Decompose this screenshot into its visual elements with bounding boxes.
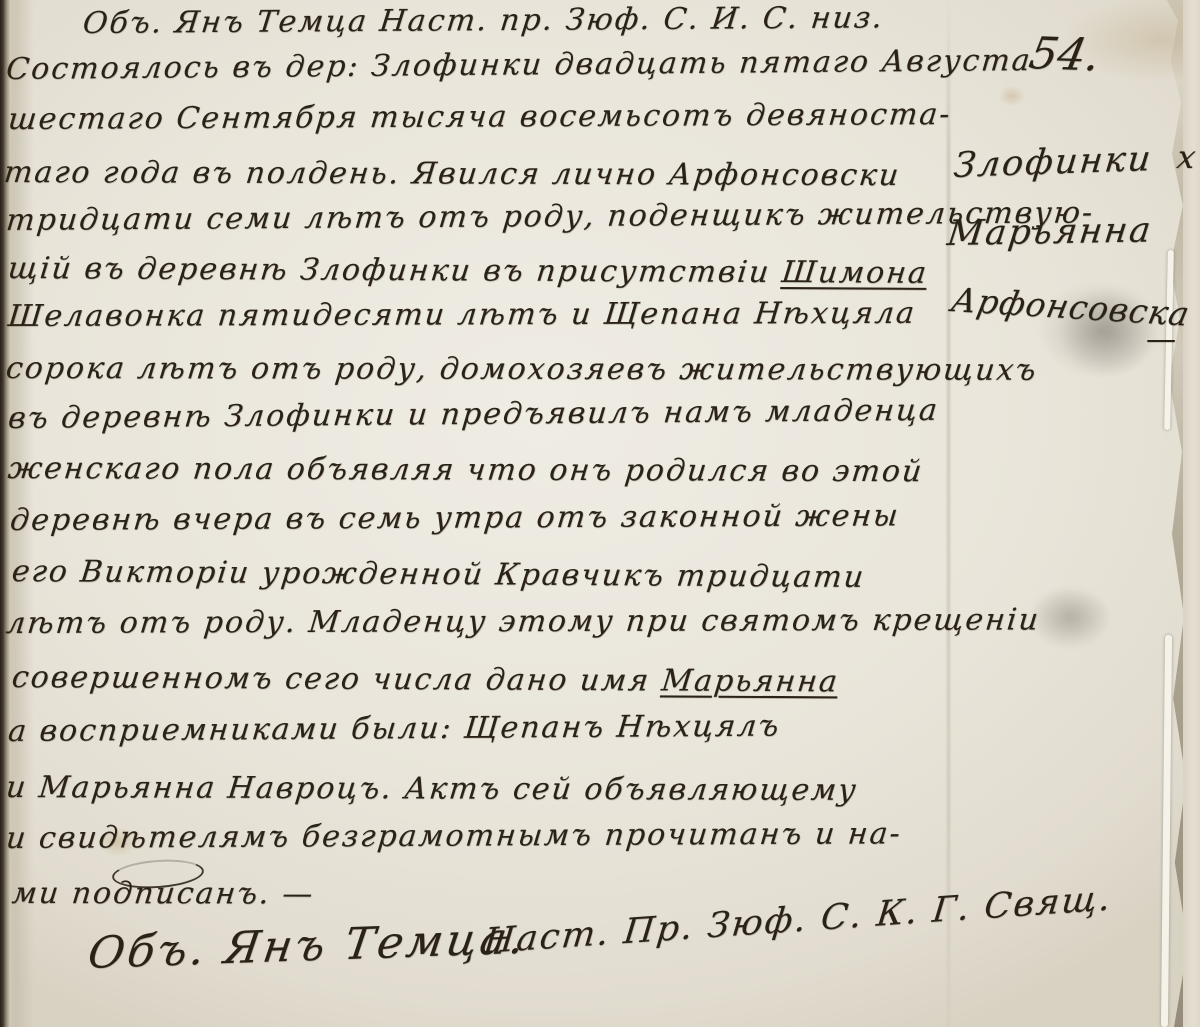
body-line: сорока лѣтъ отъ роду, домохозяевъ житель… xyxy=(4,351,1039,388)
margin-note-village: Злофинки xyxy=(952,139,1155,186)
torn-paper-sliver xyxy=(1161,635,1172,1027)
ink-smudge xyxy=(1030,585,1110,645)
signature-declarant: Объ. Янъ Темца. xyxy=(85,913,530,979)
body-line: таго года въ полдень. Явился лично Арфон… xyxy=(2,155,902,193)
body-line: деревнѣ вчера въ семь утра отъ законной … xyxy=(9,498,902,538)
signature-priest: Наст. Пр. Зюф. С. К. Г. Свящ. xyxy=(482,879,1115,962)
body-line: женскаго пола объявляя что онъ родился в… xyxy=(6,451,925,489)
entry-number: 54. xyxy=(1025,28,1104,81)
body-line: въ деревнѣ Злофинки и предъявилъ намъ мл… xyxy=(7,393,941,436)
body-line: и свидѣтелямъ безграмотнымъ прочитанъ и … xyxy=(5,816,904,856)
body-line: Состоялось въ дер: Злофинки двадцать пят… xyxy=(5,43,1034,87)
body-line: а восприемниками были: Щепанъ Нѣхцялъ xyxy=(7,709,783,749)
scanned-register-page: Объ. Янъ Темца Наст. пр. Зюф. С. И. С. н… xyxy=(0,0,1200,1027)
header-annotation: Объ. Янъ Темца Наст. пр. Зюф. С. И. С. н… xyxy=(81,0,886,41)
body-line: совершенномъ сего числа дано имя Марьянн… xyxy=(10,660,841,699)
body-line: шестаго Сентября тысяча восемьсотъ девян… xyxy=(7,97,954,137)
body-line: и Марьянна Навроцъ. Актъ сей объявляющем… xyxy=(4,770,859,808)
fold-crease-line xyxy=(947,0,950,1027)
body-line: щій въ деревнѣ Злофинки въ присутствіи Ш… xyxy=(6,251,930,291)
body-line: его Викторіи урожденной Кравчикъ тридцат… xyxy=(10,554,867,595)
edge-dash-fragment: — xyxy=(1146,322,1176,357)
body-line: Шелавонка пятидесяти лѣтъ и Щепана Нѣхця… xyxy=(6,296,917,334)
margin-note-given-name: Марьянна xyxy=(945,210,1155,254)
body-line: лѣтъ отъ роду. Младенцу этому при святом… xyxy=(4,602,1041,641)
body-line: тридцати семи лѣтъ отъ роду, поденщикъ ж… xyxy=(5,195,1096,238)
